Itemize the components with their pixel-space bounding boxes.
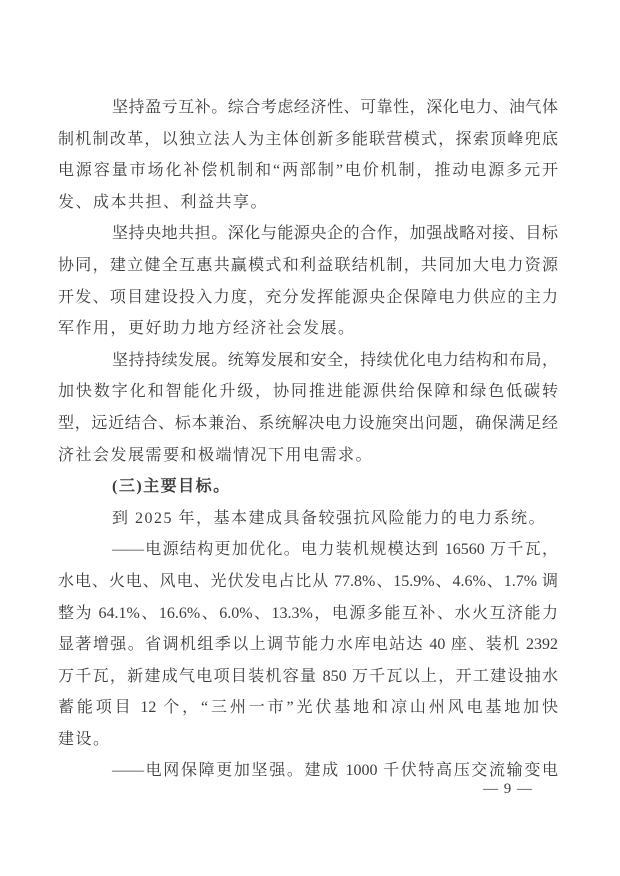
body-text: 电源容量市场化补偿机制和“两部制”电价机制，推动电源多元开: [58, 162, 558, 179]
body-text: 深化与能源央企的合作，加强战略对接、目标: [228, 225, 558, 242]
body-text: 制机制改革，以独立法人为主体创新多能联营模式，探索顶峰兜底: [58, 131, 558, 148]
text-line: 整为 64.1%、16.6%、6.0%、13.3%，电源多能互补、水火互济能力: [58, 598, 558, 630]
text-line: 发、成本共担、利益共享。: [58, 187, 558, 219]
body-text: 显著增强。省调机组季以上调节能力水库电站达 40 座、装机 2392: [58, 636, 558, 653]
text-line: 电源容量市场化补偿机制和“两部制”电价机制，推动电源多元开: [58, 155, 558, 187]
body-text: 统筹发展和安全，持续优化电力结构和布局，: [228, 352, 558, 369]
document-body: 坚持盈亏互补。综合考虑经济性、可靠性，深化电力、油气体制机制改革，以独立法人为主…: [58, 92, 558, 787]
text-line: 开发、项目建设投入力度，充分发挥能源央企保障电力供应的主力: [58, 282, 558, 314]
section-heading-line: (三)主要目标。: [58, 471, 558, 503]
body-text: 济社会发展需要和极端情况下用电需求。: [58, 447, 373, 464]
text-line: 蓄能项目 12 个，“三州一市”光伏基地和凉山州风电基地加快: [58, 692, 558, 724]
body-text: 协同，建立健全互惠共赢模式和利益联结机制，共同加大电力资源: [58, 257, 558, 274]
body-text: 发、成本共担、利益共享。: [58, 194, 268, 211]
lead-phrase: (三)主要目标。: [112, 478, 231, 495]
body-text: 万千瓦，新建成气电项目装机容量 850 万千瓦以上，开工建设抽水: [58, 668, 558, 685]
body-text: 建成 1000 千伏特高压交流输变电: [305, 762, 558, 779]
body-text: 建设。: [58, 731, 111, 748]
body-text: 综合考虑经济性、可靠性，深化电力、油气体: [228, 99, 558, 116]
text-line: 坚持盈亏互补。综合考虑经济性、可靠性，深化电力、油气体: [58, 92, 558, 124]
text-line: 建设。: [58, 724, 558, 756]
text-line: 到 2025 年，基本建成具备较强抗风险能力的电力系统。: [58, 503, 558, 535]
text-line: 加快数字化和智能化升级，协同推进能源供给保障和绿色低碳转: [58, 376, 558, 408]
lead-phrase: ——电网保障更加坚强。: [112, 762, 305, 779]
lead-phrase: 坚持持续发展。: [112, 352, 228, 369]
document-page: 坚持盈亏互补。综合考虑经济性、可靠性，深化电力、油气体制机制改革，以独立法人为主…: [0, 0, 620, 876]
body-text: 开发、项目建设投入力度，充分发挥能源央企保障电力供应的主力: [58, 289, 558, 306]
body-text: 军作用，更好助力地方经济社会发展。: [58, 320, 356, 337]
page-number: — 9 —: [470, 781, 546, 798]
lead-phrase: ——电源结构更加优化。: [112, 541, 301, 558]
text-line: ——电源结构更加优化。电力装机规模达到 16560 万千瓦，: [58, 534, 558, 566]
lead-phrase: 坚持盈亏互补。: [112, 99, 228, 116]
lead-phrase: 坚持央地共担。: [112, 225, 228, 242]
body-text: 型，远近结合、标本兼治、系统解决电力设施突出问题，确保满足经: [58, 415, 558, 432]
text-line: 济社会发展需要和极端情况下用电需求。: [58, 440, 558, 472]
body-text: 加快数字化和智能化升级，协同推进能源供给保障和绿色低碳转: [58, 383, 558, 400]
body-text: 电力装机规模达到 16560 万千瓦，: [301, 541, 558, 558]
text-line: 水电、火电、风电、光伏发电占比从 77.8%、15.9%、4.6%、1.7% 调: [58, 566, 558, 598]
text-line: 制机制改革，以独立法人为主体创新多能联营模式，探索顶峰兜底: [58, 124, 558, 156]
text-line: 坚持央地共担。深化与能源央企的合作，加强战略对接、目标: [58, 218, 558, 250]
body-text: 水电、火电、风电、光伏发电占比从 77.8%、15.9%、4.6%、1.7% 调: [58, 573, 558, 590]
body-text: 蓄能项目 12 个，“三州一市”光伏基地和凉山州风电基地加快: [58, 699, 558, 716]
text-line: 军作用，更好助力地方经济社会发展。: [58, 313, 558, 345]
text-line: 坚持持续发展。统筹发展和安全，持续优化电力结构和布局，: [58, 345, 558, 377]
text-line: 协同，建立健全互惠共赢模式和利益联结机制，共同加大电力资源: [58, 250, 558, 282]
text-line: 显著增强。省调机组季以上调节能力水库电站达 40 座、装机 2392: [58, 629, 558, 661]
body-text: 到 2025 年，基本建成具备较强抗风险能力的电力系统。: [112, 510, 546, 527]
text-line: 万千瓦，新建成气电项目装机容量 850 万千瓦以上，开工建设抽水: [58, 661, 558, 693]
text-line: 型，远近结合、标本兼治、系统解决电力设施突出问题，确保满足经: [58, 408, 558, 440]
body-text: 整为 64.1%、16.6%、6.0%、13.3%，电源多能互补、水火互济能力: [58, 605, 558, 622]
